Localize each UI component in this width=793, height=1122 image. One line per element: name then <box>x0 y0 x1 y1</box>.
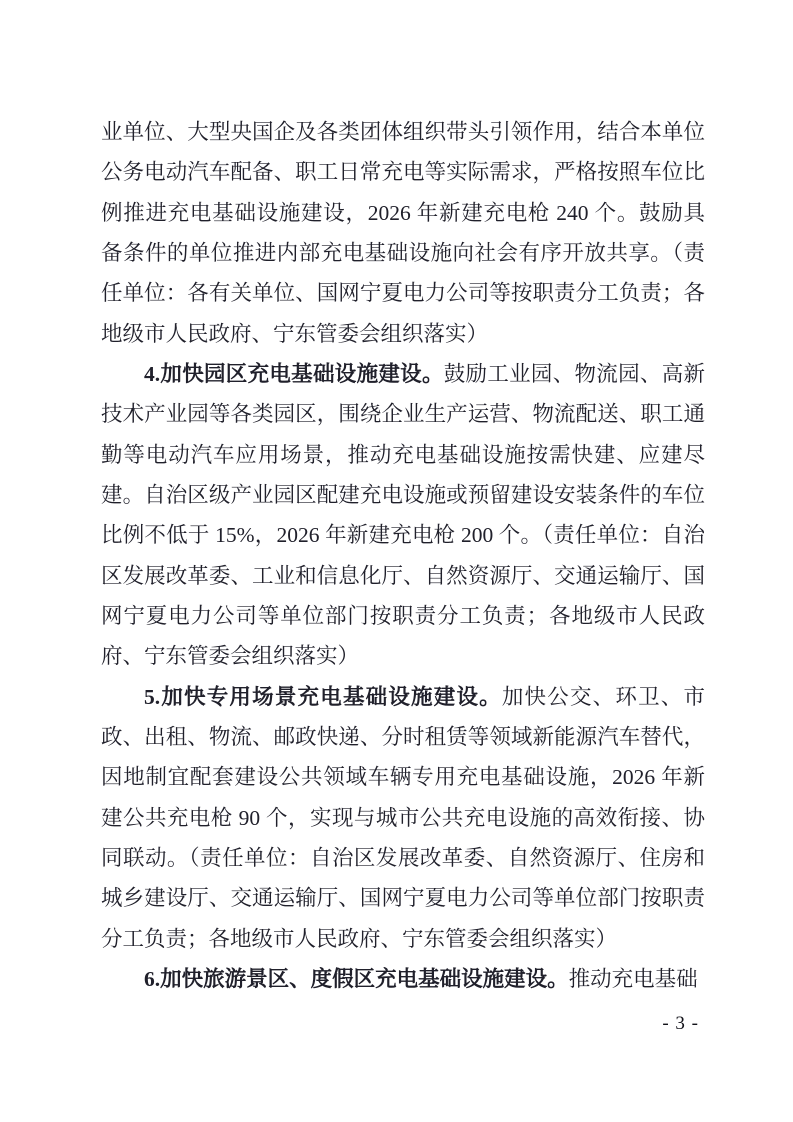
paragraph-text: 业单位、大型央国企及各类团体组织带头引领作用，结合本单位公务电动汽车配备、职工日… <box>101 120 705 346</box>
document-page: 业单位、大型央国企及各类团体组织带头引领作用，结合本单位公务电动汽车配备、职工日… <box>0 0 793 1122</box>
page-number: - 3 - <box>662 1012 699 1036</box>
paragraph: 5.加快专用场景充电基础设施建设。加快公交、环卫、市政、出租、物流、邮政快递、分… <box>101 677 705 959</box>
document-body: 业单位、大型央国企及各类团体组织带头引领作用，结合本单位公务电动汽车配备、职工日… <box>101 112 705 999</box>
paragraph: 6.加快旅游景区、度假区充电基础设施建设。推动充电基础 <box>101 959 705 999</box>
paragraph-heading: 6.加快旅游景区、度假区充电基础设施建设。 <box>144 967 569 991</box>
paragraph-heading: 5.加快专用场景充电基础设施建设。 <box>144 685 502 709</box>
paragraph-text: 推动充电基础 <box>569 967 698 991</box>
paragraph: 业单位、大型央国企及各类团体组织带头引领作用，结合本单位公务电动汽车配备、职工日… <box>101 112 705 354</box>
paragraph: 4.加快园区充电基础设施建设。鼓励工业园、物流园、高新技术产业园等各类园区，围绕… <box>101 354 705 677</box>
paragraph-text: 加快公交、环卫、市政、出租、物流、邮政快递、分时租赁等领域新能源汽车替代，因地制… <box>101 685 705 951</box>
paragraph-text: 鼓励工业园、物流园、高新技术产业园等各类园区，围绕企业生产运营、物流配送、职工通… <box>101 362 705 668</box>
paragraph-heading: 4.加快园区充电基础设施建设。 <box>144 362 444 386</box>
